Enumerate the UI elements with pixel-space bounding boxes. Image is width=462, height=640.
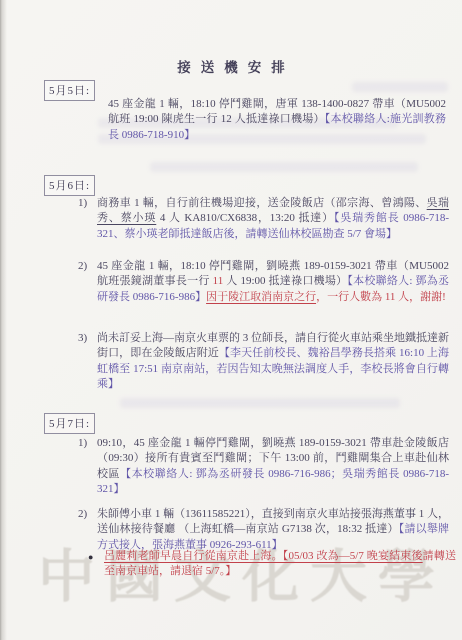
scanned-page: 中國文化大學 接送機安排 5月5日: 45 座金龍 1 輛，18:10 停鬥雞閘… xyxy=(0,0,462,640)
schedule-item: 1) 09:10，45 座金龍 1 輛停鬥雞閘，劉曉燕 189-0159-302… xyxy=(78,436,449,498)
text-segment: 朱師傅小車 1 輛（13611585221），直接到南京火車站接張海燕董事 1 … xyxy=(97,508,449,535)
ink-bleed-artifact xyxy=(150,162,418,172)
item-marker: 1) xyxy=(78,196,97,242)
schedule-item: 2) 45 座金龍 1 輛，18:10 停鬥雞閘，劉曉燕 189-0159-30… xyxy=(78,259,449,305)
item-marker: 1) xyxy=(78,436,97,498)
text-segment: 商務車 1 輛，自行前往機場迎接，送金陵飯店（邵宗海、曾鴻陽、 xyxy=(97,197,427,209)
page-title: 接送機安排 xyxy=(0,56,462,76)
date-label-may-5: 5月5日: xyxy=(44,80,95,101)
date-label-may-6: 5月6日: xyxy=(44,175,95,196)
bullet-icon: ● xyxy=(88,549,104,580)
ink-bleed-artifact xyxy=(352,82,448,92)
headcount-red-segment: 11 xyxy=(213,275,224,287)
red-underlined-note-segment: 呂麗莉老師早晨自行從南京赴上海。【05/03 改為—5/7 晚宴結束後 xyxy=(104,550,423,562)
red-note-segment: ，一行人數為 11 人，謝謝! xyxy=(316,291,446,303)
item-marker: 3) xyxy=(78,331,97,393)
item-marker: 2) xyxy=(78,507,97,553)
schedule-item: 3) 尚未訂妥上海—南京火車票的 3 位師長，請自行從火車站乘坐地鐵抵達新街口，… xyxy=(78,331,449,393)
text-segment: 人 19:00 抵達祿口機場） xyxy=(223,275,347,287)
ink-bleed-artifact xyxy=(120,398,400,408)
text-segment: 4 人 KA810/CX6838，13:20 抵達） xyxy=(156,212,334,224)
date-label-may-7: 5月7日: xyxy=(44,413,95,434)
schedule-item-bullet-note: ● 呂麗莉老師早晨自行從南京赴上海。【05/03 改為—5/7 晚宴結束後請轉送… xyxy=(88,549,456,580)
schedule-item: 45 座金龍 1 輛，18:10 停鬥雞閘，唐軍 138-1400-0827 帶… xyxy=(108,97,446,143)
scan-edge-shadow xyxy=(0,0,7,640)
item-marker: 2) xyxy=(78,259,97,305)
schedule-item: 2) 朱師傅小車 1 輛（13611585221），直接到南京火車站接張海燕董事… xyxy=(78,507,449,553)
contact-segment: 【本校聯絡人: 鄧為丞研發長 0986-716-986；吳瑞秀館長 0986-7… xyxy=(97,468,449,495)
schedule-item: 1) 商務車 1 輛，自行前往機場迎接，送金陵飯店（邵宗海、曾鴻陽、吳瑞秀、蔡小… xyxy=(78,196,449,242)
cancellation-note-segment: 因于陵江取消南京之行 xyxy=(206,291,316,303)
